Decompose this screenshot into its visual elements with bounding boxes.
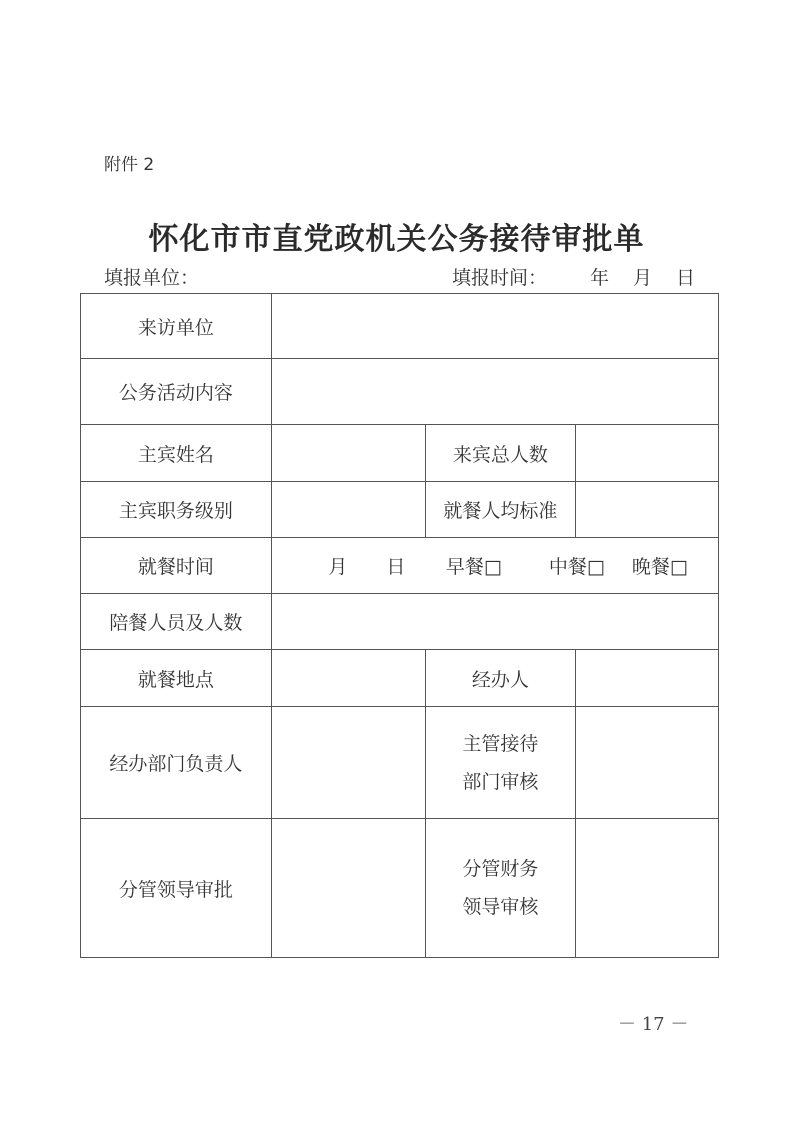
- reception-review-label-line2: 部门审核: [426, 763, 576, 801]
- dining-time-field: 月 日 早餐□ 中餐□ 晚餐□: [271, 538, 718, 594]
- dining-day-label: 日: [366, 552, 426, 579]
- finance-review-label-line2: 领导审核: [426, 888, 576, 926]
- visiting-unit-label: 来访单位: [81, 294, 272, 359]
- handler-label: 经办人: [425, 650, 576, 707]
- total-guests-label: 来宾总人数: [425, 425, 576, 482]
- finance-review-field[interactable]: [576, 819, 719, 958]
- total-guests-field[interactable]: [576, 425, 719, 482]
- leader-approval-label: 分管领导审批: [81, 819, 272, 958]
- fill-year-label: 年: [590, 263, 609, 290]
- finance-review-label-line1: 分管财务: [426, 850, 576, 888]
- lunch-checkbox[interactable]: 中餐□: [522, 552, 632, 579]
- finance-review-label: 分管财务 领导审核: [425, 819, 576, 958]
- main-guest-rank-field[interactable]: [271, 482, 425, 538]
- per-capita-standard-field[interactable]: [576, 482, 719, 538]
- visiting-unit-field[interactable]: [271, 294, 718, 359]
- dining-place-field[interactable]: [271, 650, 425, 707]
- dining-month-label: 月: [310, 552, 366, 579]
- breakfast-checkbox[interactable]: 早餐□: [426, 552, 522, 579]
- page-number: － 17 －: [618, 1010, 688, 1036]
- fill-unit-label: 填报单位：: [104, 263, 199, 290]
- dept-head-label: 经办部门负责人: [81, 707, 272, 819]
- dining-place-label: 就餐地点: [81, 650, 272, 707]
- activity-content-label: 公务活动内容: [81, 359, 272, 425]
- activity-content-field[interactable]: [271, 359, 718, 425]
- reception-review-label: 主管接待 部门审核: [425, 707, 576, 819]
- fill-month-label: 月: [633, 263, 652, 290]
- main-guest-rank-label: 主宾职务级别: [81, 482, 272, 538]
- fill-time-label: 填报时间：: [452, 263, 547, 290]
- attachment-label: 附件 2: [104, 150, 154, 175]
- handler-field[interactable]: [576, 650, 719, 707]
- accompanying-label: 陪餐人员及人数: [81, 594, 272, 650]
- approval-form-table: 来访单位 公务活动内容 主宾姓名 来宾总人数 主宾职务级别 就餐人均标准 就餐时…: [80, 293, 719, 958]
- reception-review-field[interactable]: [576, 707, 719, 819]
- leader-approval-field[interactable]: [271, 819, 425, 958]
- reception-review-label-line1: 主管接待: [426, 725, 576, 763]
- main-guest-name-field[interactable]: [271, 425, 425, 482]
- per-capita-standard-label: 就餐人均标准: [425, 482, 576, 538]
- main-guest-name-label: 主宾姓名: [81, 425, 272, 482]
- dinner-checkbox[interactable]: 晚餐□: [632, 552, 688, 579]
- dept-head-field[interactable]: [271, 707, 425, 819]
- accompanying-field[interactable]: [271, 594, 718, 650]
- dining-time-label: 就餐时间: [81, 538, 272, 594]
- page-title: 怀化市市直党政机关公务接待审批单: [0, 214, 793, 258]
- fill-day-label: 日: [676, 263, 695, 290]
